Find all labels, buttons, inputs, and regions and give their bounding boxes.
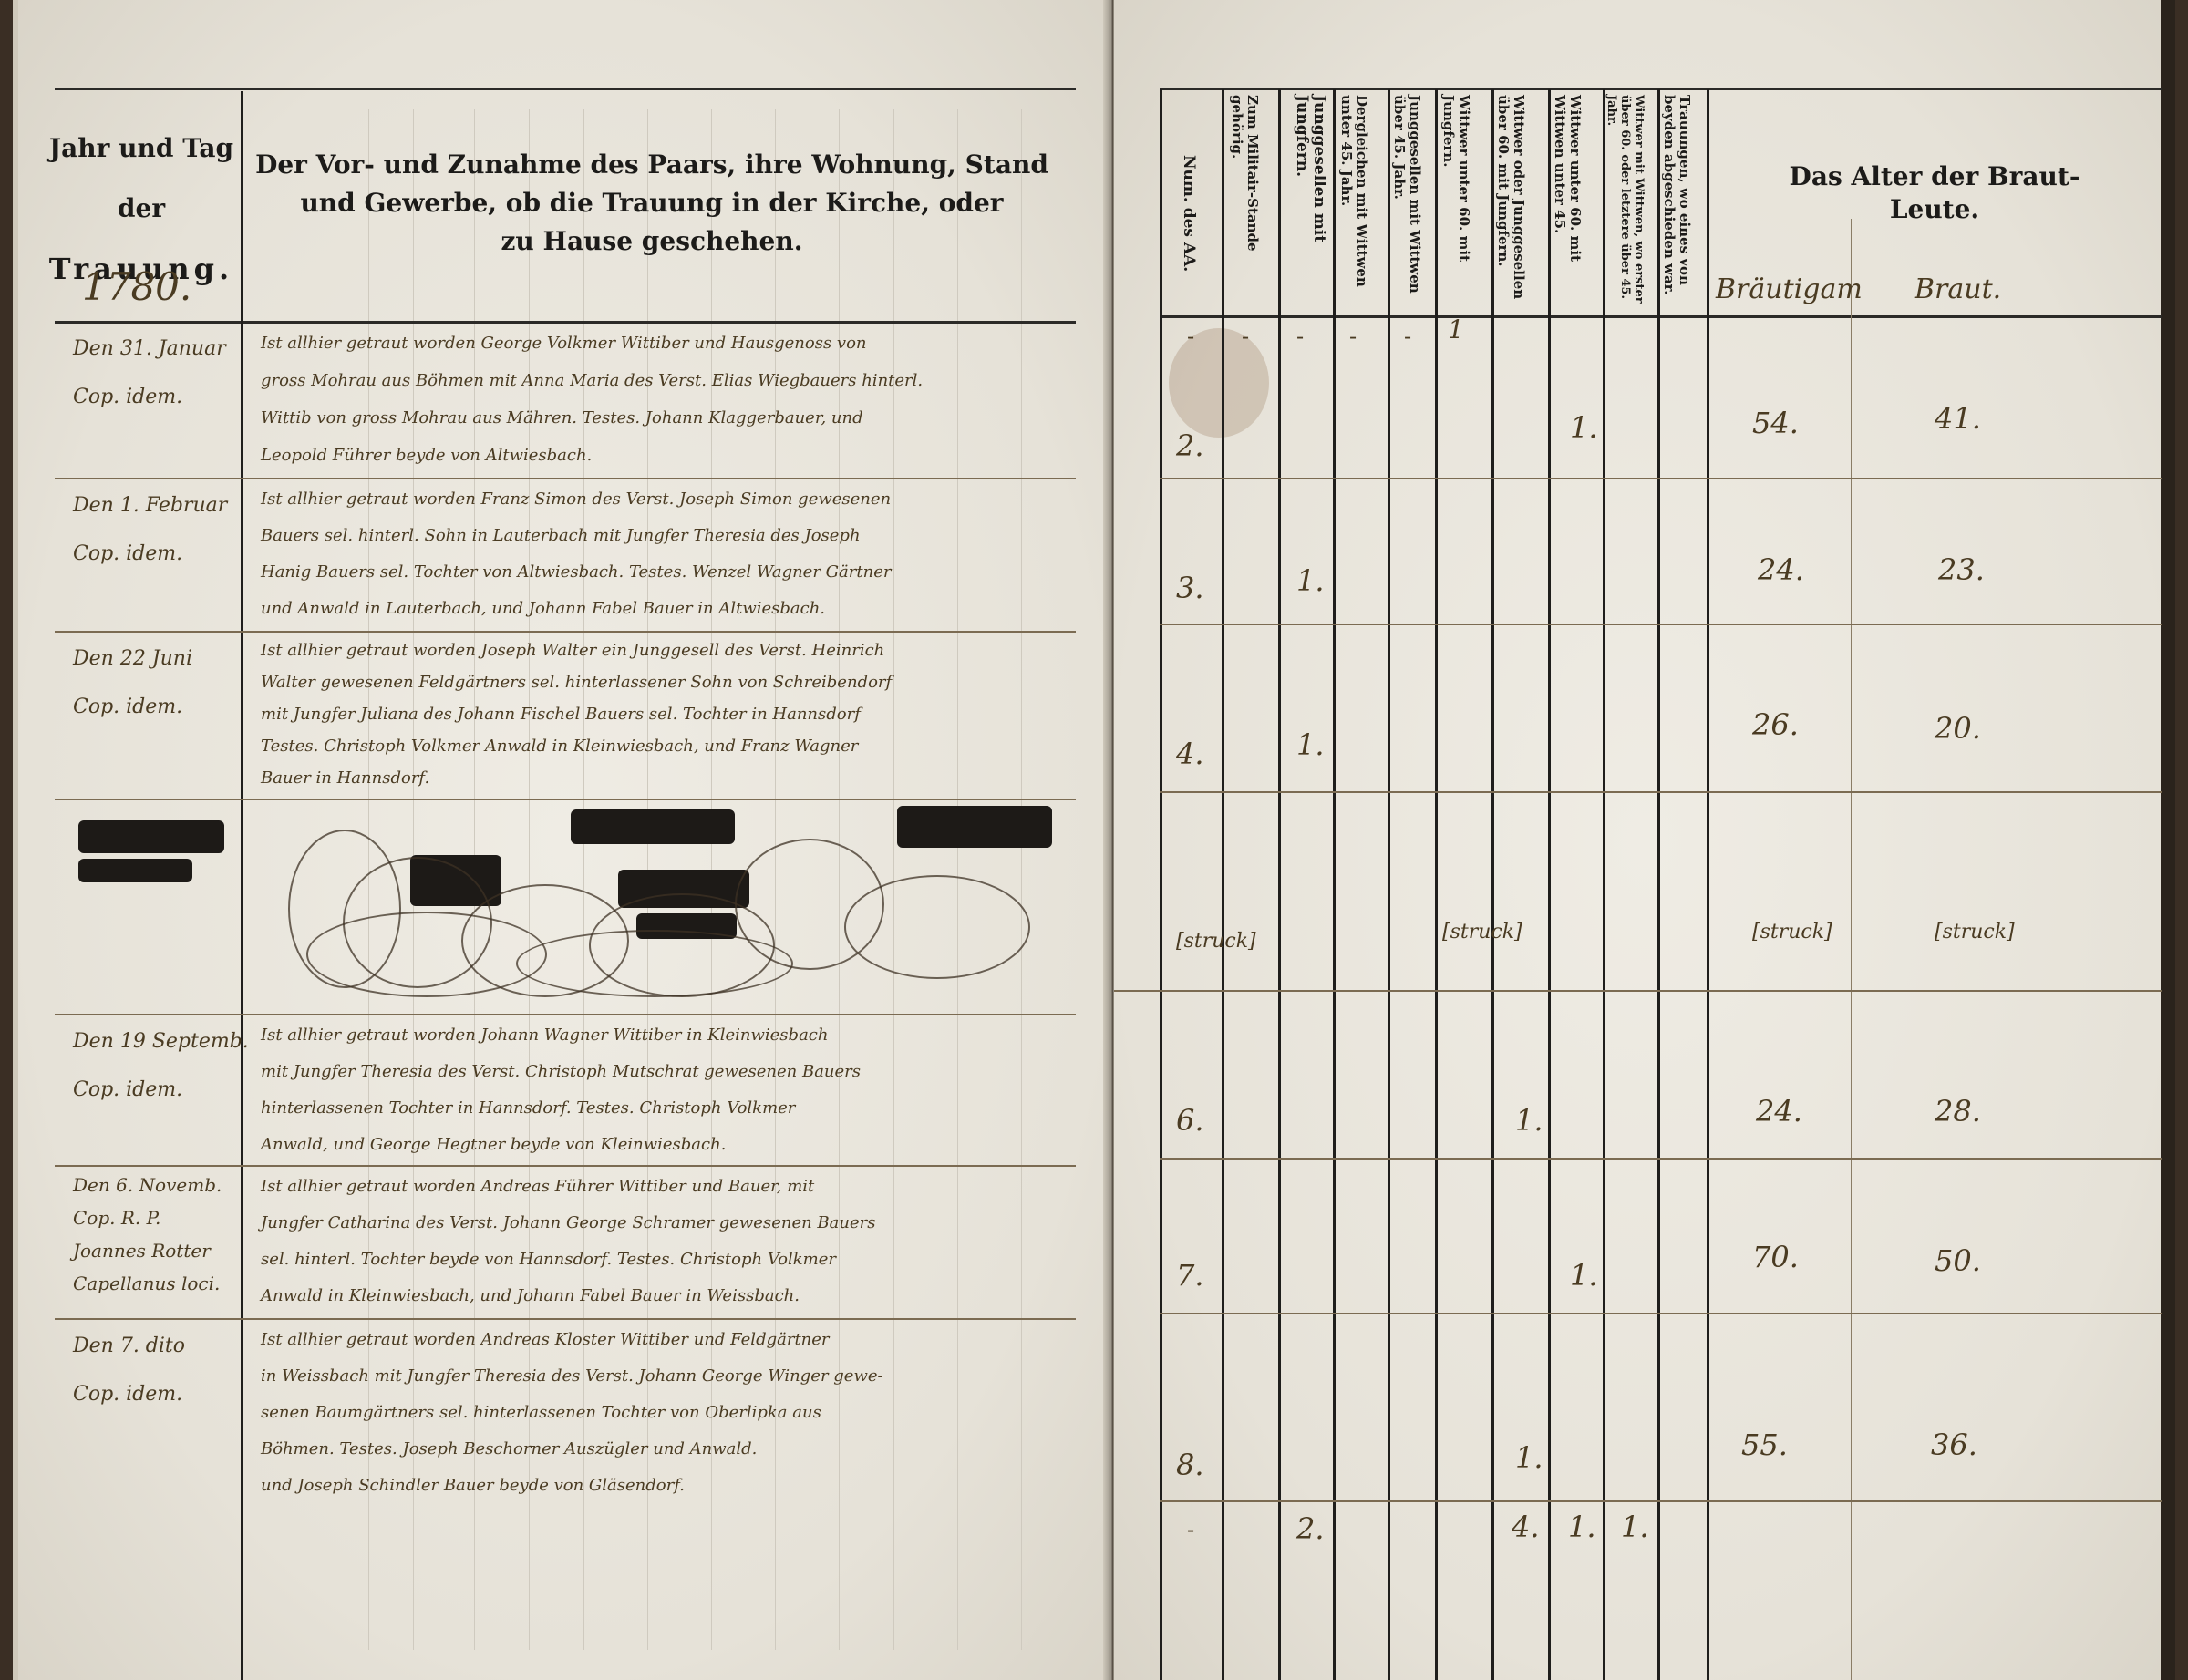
record-row: Den 1. Februar Cop. idem. Ist allhier ge… [42,481,1072,629]
record-text: Ist allhier getraut worden George Volkme… [261,325,1072,474]
record-date: Den 31. Januar Cop. idem. [73,325,255,421]
record-date: Den 19 Septemb. Cop. idem. [73,1017,255,1114]
groom-age: 24. [1758,552,1804,587]
row-number: 6. [1176,1103,1204,1138]
bride-age: 50. [1935,1243,1981,1278]
groom-age-header: Bräutigam [1716,273,1863,305]
record-row: Den 31. Januar Cop. idem. Ist allhier ge… [42,325,1072,476]
right-page: Num. des AA. Zum Militair-Stande gehörig… [1114,0,2175,1680]
bride-age: 23. [1938,552,1985,587]
redaction-bar [78,859,192,882]
bride-age: 20. [1935,711,1981,746]
age-header: Das Alter der Braut- Leute. [1716,160,2153,226]
redaction-bar [897,806,1052,848]
column-header: Zum Militair-Stande gehörig. [1229,95,1260,310]
groom-age: [struck] [1752,921,1832,943]
row-number: 3. [1176,571,1204,605]
book-edge [2161,0,2175,1680]
row-number: 2. [1176,428,1204,463]
bride-age-header: Braut. [1914,273,2001,305]
record-text: Ist allhier getraut worden Joseph Walter… [261,634,1072,794]
record-row: Den 6. Novemb. Cop. R. P. Joannes Rotter… [42,1169,1072,1316]
bride-age: [struck] [1935,921,2015,943]
column-header: Wittwer unter 60. mit Jungfern. [1440,95,1471,310]
row-number: 4. [1176,737,1204,771]
groom-age: 26. [1752,707,1799,742]
bride-age: 28. [1935,1094,1981,1129]
record-row: Den 19 Septemb. Cop. idem. Ist allhier g… [42,1017,1072,1163]
record-date: Den 1. Februar Cop. idem. [73,481,255,578]
redaction-bar [78,820,224,853]
groom-age: 55. [1741,1427,1788,1462]
record-text: Ist allhier getraut worden Franz Simon d… [261,481,1072,627]
bride-age: 36. [1931,1427,1977,1462]
groom-age: 54. [1752,406,1799,440]
table-top-rule [1160,88,2162,90]
table-top-rule [55,88,1076,90]
column-header: Junggesellen mit Wittwen über 45. Jahr. [1391,95,1422,310]
column-header: Num. des AA. [1180,155,1197,310]
description-column-header: Der Vor- und Zunahme des Paars, ihre Woh… [246,146,1058,261]
year: 1780. [82,264,191,309]
record-date: Den 7. dito Cop. idem. [73,1322,255,1418]
redacted-record: [entry struck through and redacted] [42,802,1072,1012]
groom-age: 70. [1752,1240,1799,1274]
record-date: Den 22 Juni Cop. idem. [73,634,255,731]
redaction-bar [571,809,735,844]
column-header: Junggesellen mit Jungfern. [1293,95,1327,310]
record-text: Ist allhier getraut worden Andreas Klost… [261,1322,1072,1504]
column-header: Wittwer mit Wittwen, wo erster über 60. … [1605,95,1646,310]
column-header: Dergleichen mit Wittwen unter 45. Jahr. [1338,95,1369,310]
header-bottom-rule [55,321,1076,324]
record-row: Den 7. dito Cop. idem. Ist allhier getra… [42,1322,1072,1522]
record-row: Den 22 Juni Cop. idem. Ist allhier getra… [42,634,1072,797]
column-header: Wittwer unter 60. mit Wittwen unter 45. [1552,95,1583,310]
row-number: 8. [1176,1448,1204,1482]
record-date: Den 6. Novemb. Cop. R. P. Joannes Rotter… [73,1169,255,1300]
redacted-text: [entry struck through and redacted] [42,802,43,803]
record-text: Ist allhier getraut worden Andreas Führe… [261,1169,1072,1314]
left-page: Jahr und Tag der Trauung. 1780. Der Vor-… [13,0,1114,1680]
row-number: 7. [1176,1258,1204,1293]
header-bottom-rule [1160,315,2162,318]
column-header: Wittwer oder Junggesellen über 60. mit J… [1495,95,1526,310]
row-number: [struck] [1176,930,1256,953]
record-text: Ist allhier getraut worden Johann Wagner… [261,1017,1072,1163]
column-header: Trauungen, wo eines von beyden abgeschie… [1661,95,1692,310]
groom-age: 24. [1756,1094,1802,1129]
bride-age: 41. [1935,401,1981,436]
